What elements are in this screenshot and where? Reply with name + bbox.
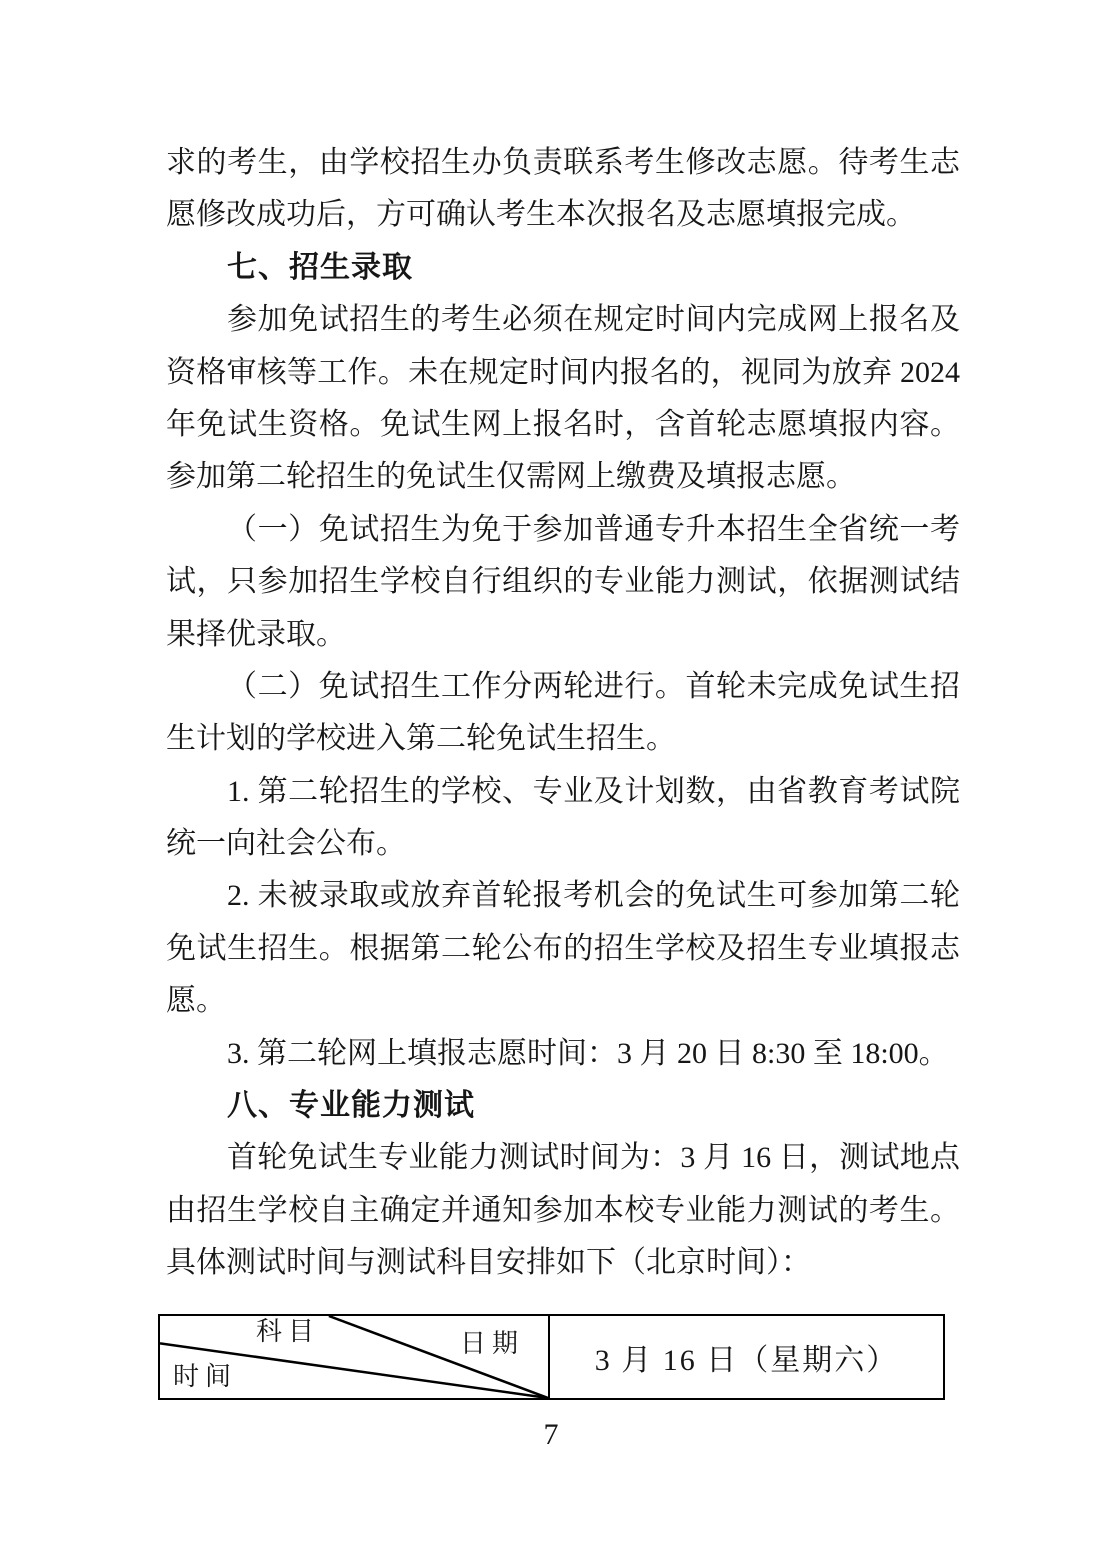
corner-label-time: 时间	[173, 1364, 237, 1390]
text-line: 愿。	[166, 975, 960, 1027]
text-line: 免试生招生。根据第二轮公布的招生学校及招生专业填报志	[166, 923, 960, 975]
text-line: 统一向社会公布。	[166, 818, 960, 870]
section-heading-ability-test: 八、专业能力测试	[166, 1080, 960, 1132]
section-heading-admission: 七、招生录取	[166, 242, 960, 294]
test-schedule-table: 科目 日期 时间 3 月 16 日（星期六）	[158, 1314, 945, 1400]
list-item-line: 1. 第二轮招生的学校、专业及计划数，由省教育考试院	[166, 766, 960, 818]
text-line: （一）免试招生为免于参加普通专升本招生全省统一考	[166, 504, 960, 556]
text-line: 资格审核等工作。未在规定时间内报名的，视同为放弃 2024	[166, 347, 960, 399]
text-line: 果择优录取。	[166, 609, 960, 661]
text-line: 生计划的学校进入第二轮免试生招生。	[166, 713, 960, 765]
text-line: 求的考生，由学校招生办负责联系考生修改志愿。待考生志	[166, 137, 960, 189]
text-line: 试，只参加招生学校自行组织的专业能力测试，依据测试结	[166, 556, 960, 608]
list-item-line: 3. 第二轮网上填报志愿时间：3 月 20 日 8:30 至 18:00。	[166, 1028, 960, 1080]
document-body: 求的考生，由学校招生办负责联系考生修改志愿。待考生志 愿修改成功后，方可确认考生…	[166, 137, 960, 1290]
text-line: （二）免试招生工作分两轮进行。首轮未完成免试生招	[166, 661, 960, 713]
corner-label-date: 日期	[460, 1331, 524, 1357]
text-line: 具体测试时间与测试科目安排如下（北京时间）：	[166, 1237, 960, 1289]
text-line: 参加第二轮招生的免试生仅需网上缴费及填报志愿。	[166, 451, 960, 503]
text-line: 由招生学校自主确定并通知参加本校专业能力测试的考生。	[166, 1185, 960, 1237]
page-number: 7	[0, 1418, 1102, 1452]
table-corner-header-cell: 科目 日期 时间	[160, 1316, 550, 1398]
table-date-cell: 3 月 16 日（星期六）	[550, 1316, 943, 1398]
list-item-line: 2. 未被录取或放弃首轮报考机会的免试生可参加第二轮	[166, 870, 960, 922]
text-line: 首轮免试生专业能力测试时间为：3 月 16 日，测试地点	[166, 1132, 960, 1184]
document-page: 求的考生，由学校招生办负责联系考生修改志愿。待考生志 愿修改成功后，方可确认考生…	[0, 0, 1102, 1559]
text-line: 愿修改成功后，方可确认考生本次报名及志愿填报完成。	[166, 189, 960, 241]
corner-label-subject: 科目	[256, 1319, 320, 1345]
text-line: 年免试生资格。免试生网上报名时，含首轮志愿填报内容。	[166, 399, 960, 451]
text-line: 参加免试招生的考生必须在规定时间内完成网上报名及	[166, 294, 960, 346]
